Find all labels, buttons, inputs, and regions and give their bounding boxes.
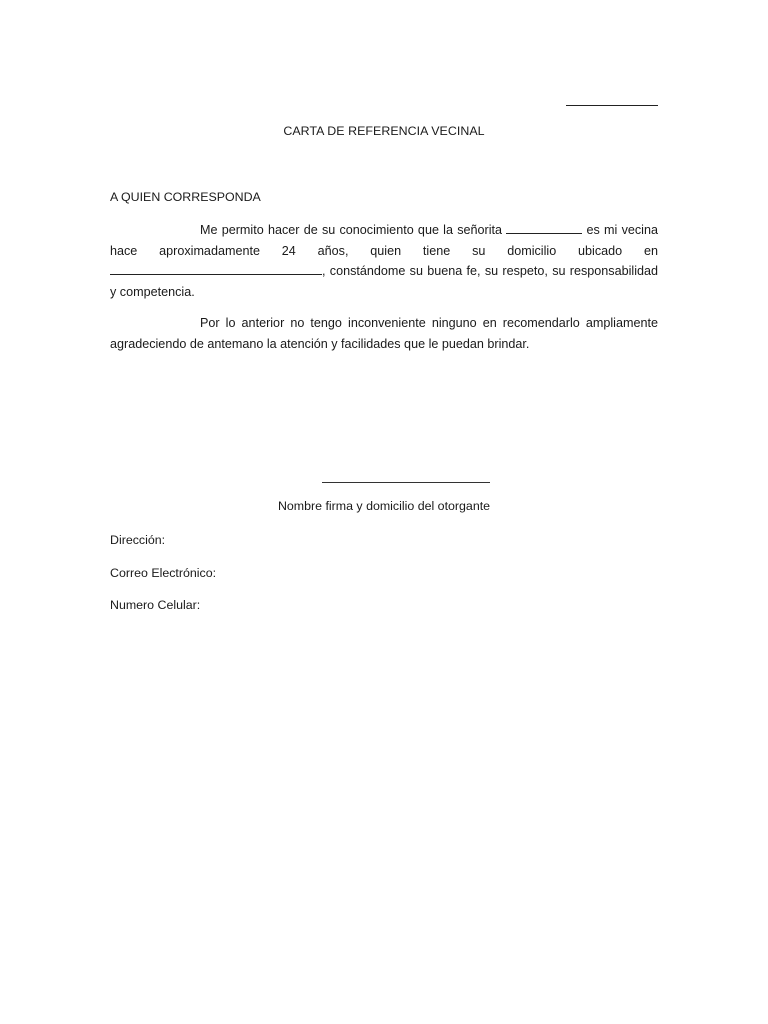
- signature-line: [322, 482, 490, 483]
- document-page: CARTA DE REFERENCIA VECINAL A QUIEN CORR…: [0, 0, 768, 1024]
- paragraph-text-part1: Me permito hacer de su conocimiento que …: [200, 223, 506, 237]
- field-email-label: Correo Electrónico:: [110, 566, 216, 580]
- address-blank: [110, 262, 322, 275]
- salutation: A QUIEN CORRESPONDA: [110, 190, 261, 204]
- paragraph-text: Por lo anterior no tengo inconveniente n…: [110, 316, 658, 351]
- paragraph-reference: Me permito hacer de su conocimiento que …: [110, 220, 658, 302]
- field-phone-label: Numero Celular:: [110, 598, 200, 612]
- name-blank: [506, 221, 582, 234]
- signature-caption: Nombre firma y domicilio del otorgante: [0, 499, 768, 513]
- paragraph-recommendation: Por lo anterior no tengo inconveniente n…: [110, 313, 658, 354]
- field-address-label: Dirección:: [110, 533, 165, 547]
- document-title: CARTA DE REFERENCIA VECINAL: [0, 124, 768, 138]
- date-blank-line: [566, 105, 658, 106]
